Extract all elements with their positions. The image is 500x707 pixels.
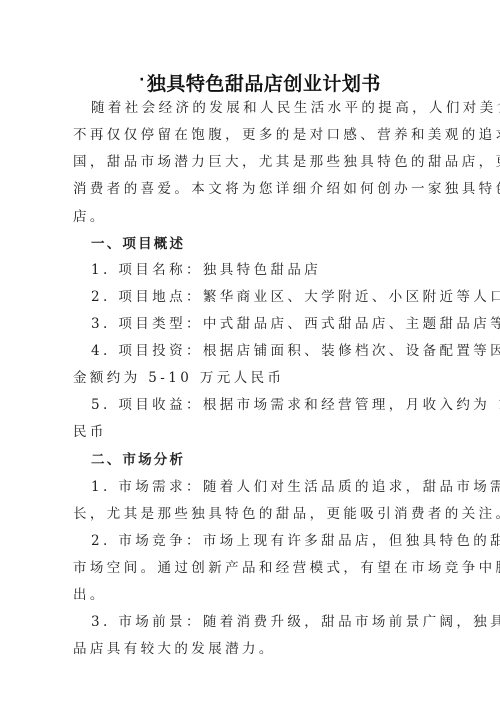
list-item-continuation: 民币 [73, 423, 433, 441]
list-item-continuation: 市场空间。通过创新产品和经营模式，有望在市场竞争中脱颖而 [73, 559, 433, 577]
list-item: 2. 项目地点：繁华商业区、大学附近、小区附近等人口密集区域 [91, 288, 451, 306]
list-item-continuation: 出。 [73, 586, 433, 604]
list-item: 1. 项目名称：独具特色甜品店 [91, 261, 451, 279]
intro-line: 不再仅仅停留在饱腹，更多的是对口感、营养和美观的追求。在我 [73, 126, 433, 144]
list-item: 4. 项目投资：根据店铺面积、装修档次、设备配置等因素，投资 [91, 342, 451, 360]
list-item-continuation: 长，尤其是那些独具特色的甜品，更能吸引消费者的关注。 [73, 505, 433, 523]
list-item: 2. 市场竞争：市场上现有许多甜品店，但独具特色的甜品店仍有 [91, 532, 451, 550]
list-item-continuation: 品店具有较大的发展潜力。 [73, 640, 433, 658]
document-page: ·独具特色甜品店创业计划书 随着社会经济的发展和人民生活水平的提高，人们对美食的… [0, 0, 500, 707]
document-title: ·独具特色甜品店创业计划书 [0, 68, 500, 96]
list-item: 3. 市场前景：随着消费升级，甜品市场前景广阔，独具特色的甜 [91, 613, 451, 631]
section-heading-market: 二、市场分析 [91, 451, 451, 469]
intro-line: 消费者的喜爱。本文将为您详细介绍如何创办一家独具特色的甜品 [73, 180, 433, 198]
list-item: 5. 项目收益：根据市场需求和经营管理，月收入约为 1-3 万元人 [91, 396, 451, 414]
title-text: 独具特色甜品店创业计划书 [147, 73, 381, 95]
title-marker: · [139, 72, 145, 88]
list-item-continuation: 金额约为 5-10 万元人民币 [73, 369, 433, 387]
section-heading-overview: 一、项目概述 [91, 235, 451, 253]
intro-line: 店。 [73, 208, 433, 226]
intro-line: 国，甜品市场潜力巨大，尤其是那些独具特色的甜品店，更是受到 [73, 153, 433, 171]
list-item: 3. 项目类型：中式甜品店、西式甜品店、主题甜品店等 [91, 315, 451, 333]
intro-line: 随着社会经济的发展和人民生活水平的提高，人们对美食的追求 [91, 99, 451, 117]
list-item: 1. 市场需求：随着人们对生活品质的追求，甜品市场需求不断增 [91, 478, 451, 496]
